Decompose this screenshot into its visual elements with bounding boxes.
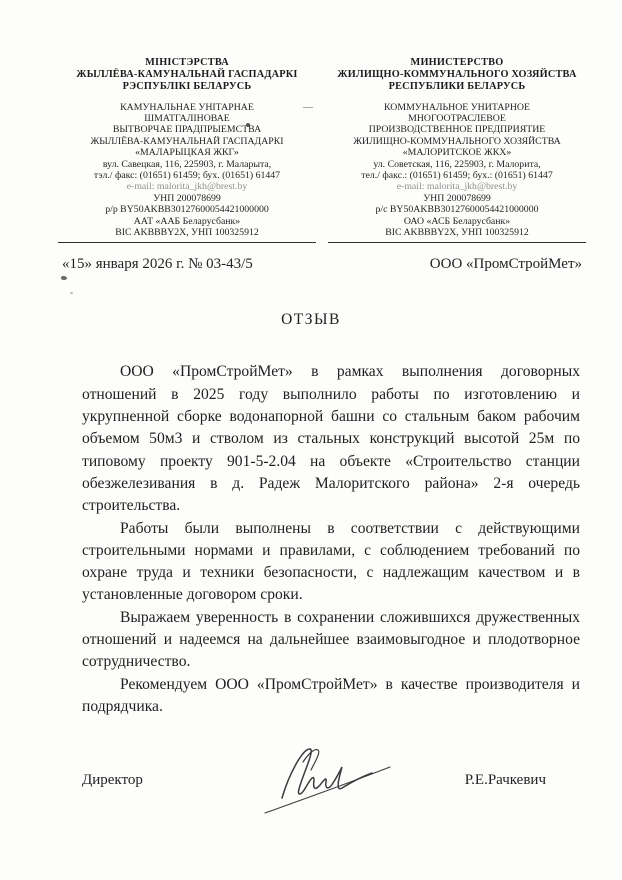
- org-unp: УНП 200078699: [328, 193, 586, 204]
- org-phone: тэл./ факс: (01651) 61459; бух. (01651) …: [58, 170, 316, 181]
- org-line: МНОГООТРАСЛЕВОЕ: [328, 113, 586, 124]
- org-phone: тел./ факс.: (01651) 61459; бух.: (01651…: [328, 170, 586, 181]
- org-name: «МАЛАРЫЦКАЯ ЖКГ»: [58, 147, 316, 158]
- org-line: ВЫТВОРЧАЕ ПРАДПРЫЕМСТВА: [58, 124, 316, 135]
- handwritten-signature: [263, 740, 393, 820]
- org-account: р/р BY50AKBB30127600054421000000: [58, 204, 316, 215]
- ministry-name-ru: ЖИЛИЩНО-КОММУНАЛЬНОГО ХОЗЯЙСТВА: [328, 69, 586, 81]
- org-line: ЖИЛИЩНО-КОММУНАЛЬНОГО ХОЗЯЙСТВА: [328, 136, 586, 147]
- ministry-name-by: ЖЫЛЛЁВА-КАМУНАЛЬНАЙ ГАСПАДАРКІ: [58, 69, 316, 81]
- body-paragraph: Выражаем уверенность в сохранении сложив…: [82, 607, 580, 674]
- org-line: КАМУНАЛЬНАЕ УНІТАРНАЕ: [58, 102, 316, 113]
- letterhead-rule-right: [328, 242, 586, 243]
- ministry-name-ru: МИНИСТЕРСТВО: [328, 57, 586, 69]
- org-bank: ОАО «АСБ Беларусбанк»: [328, 216, 586, 227]
- letterhead: МІНІСТЭРСТВА ЖЫЛЛЁВА-КАМУНАЛЬНАЙ ГАСПАДА…: [0, 0, 622, 243]
- reference-row: «15» января 2026 г. № 03-43/5 ООО «ПромС…: [0, 243, 622, 273]
- scan-dash-artifact: [303, 107, 313, 108]
- org-bic: BIC AKBBBY2X, УНП 100325912: [328, 227, 586, 238]
- org-bic: BIC AKBBBY2X, УНП 100325912: [58, 227, 316, 238]
- letterhead-rule-left: [58, 242, 316, 243]
- document-title: ОТЗЫВ: [0, 311, 622, 329]
- body-paragraph: Работы были выполнены в соответствии с д…: [82, 518, 580, 607]
- scan-speck: [246, 123, 250, 127]
- ministry-name-ru: РЕСПУБЛИКИ БЕЛАРУСЬ: [328, 81, 586, 93]
- org-email: e-mail: malorita_jkh@brest.by: [328, 181, 586, 192]
- body-paragraph: ООО «ПромСтройМет» в рамках выполнения д…: [82, 361, 580, 517]
- org-address: вул. Савецкая, 116, 225903, г. Маларыта,: [58, 159, 316, 170]
- signature-row: Директор Р.Е.Рачкевич: [0, 718, 622, 820]
- scanned-letter-page: МІНІСТЭРСТВА ЖЫЛЛЁВА-КАМУНАЛЬНАЙ ГАСПАДА…: [0, 0, 622, 880]
- document-body: ООО «ПромСтройМет» в рамках выполнения д…: [0, 329, 622, 718]
- reference-addressee: ООО «ПромСтройМет»: [430, 256, 582, 273]
- signature-name: Р.Е.Рачкевич: [465, 772, 546, 789]
- scan-speck: [70, 292, 73, 294]
- scan-smudge: [61, 276, 67, 280]
- org-line: ПРОИЗВОДСТВЕННОЕ ПРЕДПРИЯТИЕ: [328, 124, 586, 135]
- org-address: ул. Советская, 116, 225903, г. Малорита,: [328, 159, 586, 170]
- signature-position: Директор: [82, 772, 143, 789]
- org-line: ЖЫЛЛЁВА-КАМУНАЛЬНАЙ ГАСПАДАРКІ: [58, 136, 316, 147]
- organization-block-by: КАМУНАЛЬНАЕ УНІТАРНАЕ ШМАТГАЛІНОВАЕ ВЫТВ…: [58, 102, 316, 239]
- org-account: р/с BY50AKBB30127600054421000000: [328, 204, 586, 215]
- reference-date-number: «15» января 2026 г. № 03-43/5: [62, 256, 253, 273]
- org-email: e-mail: malorita_jkh@brest.by: [58, 181, 316, 192]
- org-name: «МАЛОРИТСКОЕ ЖКХ»: [328, 147, 586, 158]
- ministry-name-by: МІНІСТЭРСТВА: [58, 57, 316, 69]
- org-line: КОММУНАЛЬНОЕ УНИТАРНОЕ: [328, 102, 586, 113]
- body-paragraph: Рекомендуем ООО «ПромСтройМет» в качеств…: [82, 674, 580, 719]
- letterhead-left-column: МІНІСТЭРСТВА ЖЫЛЛЁВА-КАМУНАЛЬНАЙ ГАСПАДА…: [58, 57, 316, 243]
- ministry-name-by: РЭСПУБЛІКІ БЕЛАРУСЬ: [58, 81, 316, 93]
- organization-block-ru: КОММУНАЛЬНОЕ УНИТАРНОЕ МНОГООТРАСЛЕВОЕ П…: [328, 102, 586, 239]
- org-line: ШМАТГАЛІНОВАЕ: [58, 113, 316, 124]
- org-unp: УНП 200078699: [58, 193, 316, 204]
- letterhead-right-column: МИНИСТЕРСТВО ЖИЛИЩНО-КОММУНАЛЬНОГО ХОЗЯЙ…: [328, 57, 586, 243]
- org-bank: ААТ «ААБ Беларусбанк»: [58, 216, 316, 227]
